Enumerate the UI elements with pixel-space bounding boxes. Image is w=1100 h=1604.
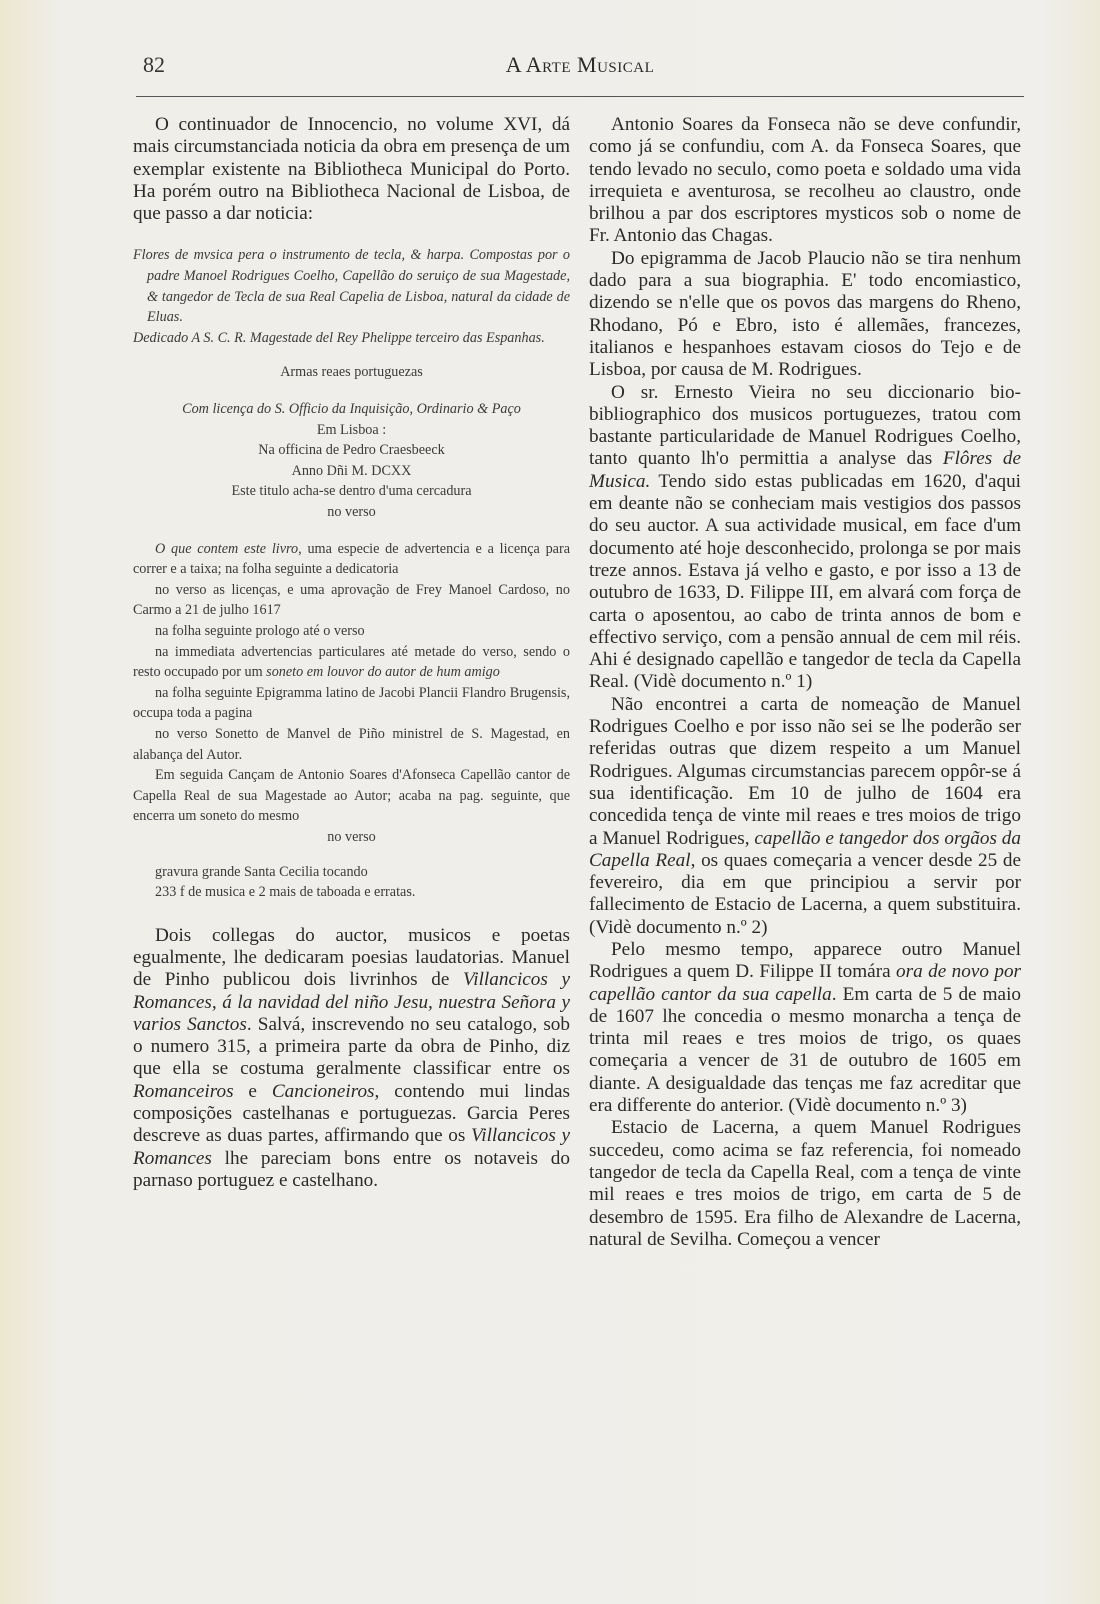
imprint-block: Armas reaes portuguezas Com licença do S… (133, 362, 570, 522)
contents-item: Em seguida Cançam de Antonio Soares d'Af… (133, 765, 570, 827)
paragraph: Não encontrei a carta de nomeação de Man… (589, 694, 1021, 939)
paragraph: Pelo mesmo tempo, apparece outro Manuel … (589, 939, 1021, 1117)
book-title: Flores de mvsica pera o instrumento de t… (133, 245, 570, 327)
contents-item: na folha seguinte Epigramma latino de Ja… (133, 683, 570, 724)
contents-item: 233 f de musica e 2 mais de taboada e er… (133, 882, 570, 903)
paragraph: Antonio Soares da Fonseca não se deve co… (589, 114, 1021, 248)
intro-paragraph: O continuador de Innocencio, no volume X… (133, 114, 570, 225)
imprint-printer: Na officina de Pedro Craesbeeck (133, 440, 570, 461)
closing-paragraph: Dois collegas do auctor, musicos e poeta… (133, 925, 570, 1193)
contents-item: no verso as licenças, e uma aprovação de… (133, 580, 570, 621)
verso-label: no verso (133, 502, 570, 523)
contents-item: na immediata advertencias particulares a… (133, 642, 570, 683)
verso-label: no verso (133, 827, 570, 848)
header-rule (136, 96, 1024, 97)
paragraph: O sr. Ernesto Vieira no seu diccionario … (589, 382, 1021, 694)
arms-note: Armas reaes portuguezas (133, 362, 570, 383)
page-header: 82 A Arte Musical (136, 44, 1024, 100)
contents-item: O que contem este livro, uma especie de … (133, 539, 570, 580)
paragraph: Estacio de Lacerna, a quem Manuel Rodrig… (589, 1117, 1021, 1251)
border-note: Este titulo acha-se dentro d'uma cercadu… (133, 481, 570, 502)
imprint-year: Anno Dñi M. DCXX (133, 461, 570, 482)
contents-list: O que contem este livro, uma especie de … (133, 539, 570, 903)
running-title: A Arte Musical (136, 52, 1024, 78)
licence-line: Com licença do S. Officio da Inquisição,… (133, 399, 570, 420)
left-column: O continuador de Innocencio, no volume X… (133, 114, 570, 1192)
title-page-transcription: Flores de mvsica pera o instrumento de t… (133, 245, 570, 348)
imprint-place: Em Lisboa : (133, 420, 570, 441)
right-column: Antonio Soares da Fonseca não se deve co… (589, 114, 1021, 1251)
book-dedication: Dedicado A S. C. R. Magestade del Rey Ph… (133, 328, 570, 349)
paragraph: Do epigramma de Jacob Plaucio não se tir… (589, 248, 1021, 382)
contents-item: gravura grande Santa Cecilia tocando (133, 862, 570, 883)
contents-item: no verso Sonetto de Manvel de Piño minis… (133, 724, 570, 765)
contents-item: na folha seguinte prologo até o verso (133, 621, 570, 642)
